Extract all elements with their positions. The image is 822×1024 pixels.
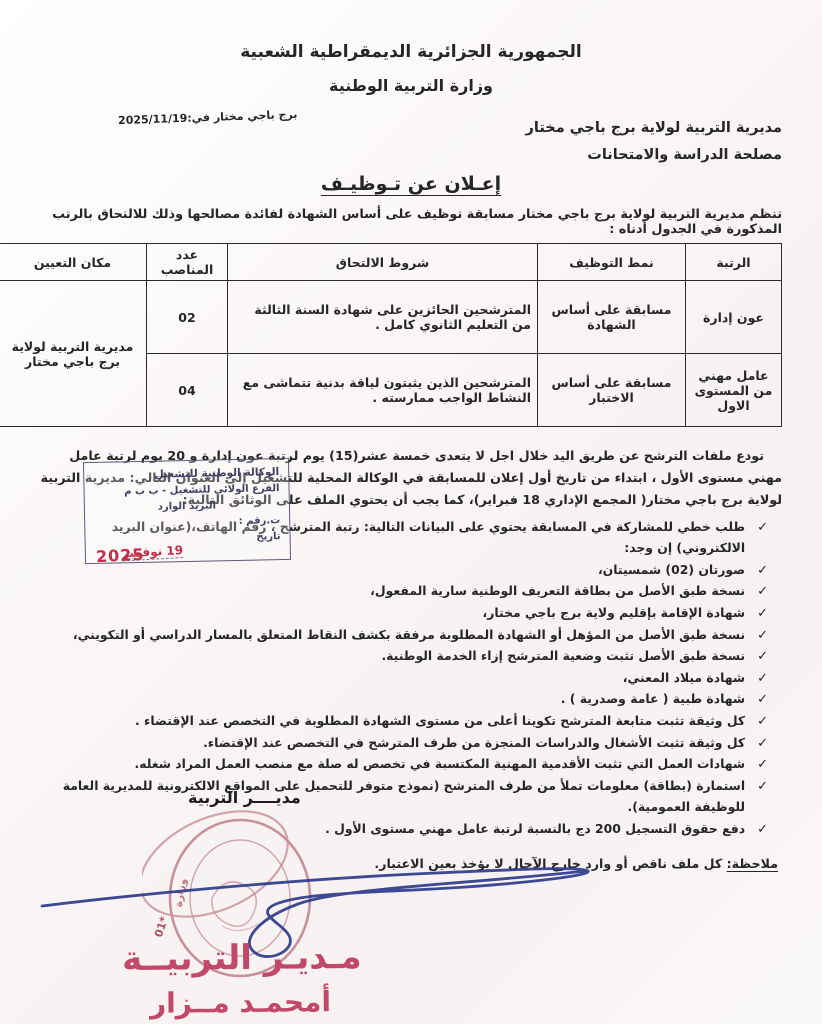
- list-item-text: نسخة طبق الأصل تثبت وضعية المترشح إزاء ا…: [381, 645, 745, 667]
- republic-heading: الجمهورية الجزائرية الديمقراطية الشعبية: [40, 42, 782, 62]
- check-icon: ✓: [757, 646, 768, 668]
- list-item: ✓شهادات العمل التي تثبت الأقدمية المهنية…: [40, 753, 782, 775]
- list-item-text: نسخة طبق الأصل من بطاقة التعريف الوطنية …: [370, 580, 745, 602]
- director-stamp-text: مـديـر التربيــة: [122, 937, 362, 979]
- list-item-text: شهادة الإقامة بإقليم ولاية برج باجي مختا…: [483, 602, 746, 624]
- list-item: ✓شهادة طبية ( عامة وصدرية ) .: [40, 688, 782, 710]
- header-conditions: شروط الالتحاق: [228, 244, 538, 281]
- table-header-row: الرتبة نمط التوظيف شروط الالتحاق عدد الم…: [0, 244, 782, 281]
- agency-year-stamp: 2025: [96, 545, 145, 567]
- list-item-text: دفع حقوق التسجيل 200 دج بالنسبة لرتبة عا…: [325, 818, 745, 840]
- check-icon: ✓: [757, 754, 768, 776]
- document-body: الجمهورية الجزائرية الديمقراطية الشعبية …: [0, 0, 822, 871]
- list-item-text: كل وثيقة تثبت متابعة المترشح تكوينا أعلى…: [135, 710, 745, 732]
- recruitment-table: الرتبة نمط التوظيف شروط الالتحاق عدد الم…: [0, 243, 782, 427]
- list-item-text: شهادة طبية ( عامة وصدرية ) .: [561, 688, 745, 710]
- list-item: ✓كل وثيقة تثبت متابعة المترشح تكوينا أعل…: [40, 710, 782, 732]
- check-icon: ✓: [757, 581, 768, 603]
- document-title: إعـلان عن تـوظيـف: [40, 173, 782, 195]
- director-name-stamp: أمحمـد مــزار: [150, 985, 331, 1020]
- header-rank: الرتبة: [686, 244, 782, 281]
- cell-mode-1: مسابقة على أساس الشهادة: [538, 281, 686, 354]
- check-icon: ✓: [757, 776, 768, 798]
- check-icon: ✓: [757, 517, 768, 539]
- cell-rank-1: عون إدارة: [686, 281, 782, 354]
- ministry-heading: وزارة التربية الوطنية: [40, 76, 782, 95]
- list-item-text: نسخة طبق الأصل من المؤهل أو الشهادة المط…: [73, 624, 745, 646]
- cell-conditions-2: المترشحين الذين يثبتون لياقة بدنية تتماش…: [228, 354, 538, 427]
- check-icon: ✓: [757, 733, 768, 755]
- cell-posts-1: 02: [147, 281, 228, 354]
- check-icon: ✓: [757, 819, 768, 841]
- cell-rank-2: عامل مهني من المستوى الاول: [686, 354, 782, 427]
- list-item: ✓شهادة ميلاد المعني،: [40, 667, 782, 689]
- list-item: ✓نسخة طبق الأصل تثبت وضعية المترشح إزاء …: [40, 645, 782, 667]
- cell-conditions-1: المترشحين الحائزين على شهادة السنة الثال…: [228, 281, 538, 354]
- check-icon: ✓: [757, 711, 768, 733]
- header-posts: عدد المناصب: [147, 244, 228, 281]
- check-icon: ✓: [757, 625, 768, 647]
- list-item-text: شهادة ميلاد المعني،: [623, 667, 745, 689]
- cell-posts-2: 04: [147, 354, 228, 427]
- table-row: عون إدارة مسابقة على أساس الشهادة المترش…: [0, 281, 782, 354]
- list-item: ✓نسخة طبق الأصل من المؤهل أو الشهادة الم…: [40, 624, 782, 646]
- check-icon: ✓: [757, 560, 768, 582]
- list-item: ✓شهادة الإقامة بإقليم ولاية برج باجي مخت…: [40, 602, 782, 624]
- list-item-text: كل وثيقة تثبت الأشغال والدراسات المنجزة …: [203, 732, 745, 754]
- cell-location-merged: مديرية التربية لولاية برج باجي مختار: [0, 281, 147, 427]
- header-mode: نمط التوظيف: [538, 244, 686, 281]
- header-location: مكان التعيين: [0, 244, 147, 281]
- scanned-document-page: الجمهورية الجزائرية الديمقراطية الشعبية …: [0, 0, 822, 1024]
- service-line: مصلحة الدراسة والامتحانات: [40, 142, 782, 169]
- note-label: ملاحظة:: [727, 856, 778, 871]
- list-item-text: صورتان (02) شمسيتان،: [598, 559, 745, 581]
- director-typed-title: مديــــر التربية: [188, 788, 301, 807]
- intro-paragraph: تنظم مديرية التربية لولاية برج باجي مختا…: [40, 207, 782, 237]
- list-item-text: شهادات العمل التي تثبت الأقدمية المهنية …: [135, 753, 746, 775]
- check-icon: ✓: [757, 689, 768, 711]
- subheader-row: مديرية التربية لولاية برج باجي مختار مصل…: [40, 115, 782, 167]
- cell-mode-2: مسابقة على أساس الاختبار: [538, 354, 686, 427]
- check-icon: ✓: [757, 668, 768, 690]
- list-item: ✓كل وثيقة تثبت الأشغال والدراسات المنجزة…: [40, 732, 782, 754]
- required-documents-list: ✓طلب خطي للمشاركة في المسابقة يحتوي على …: [40, 516, 782, 840]
- list-item: ✓نسخة طبق الأصل من بطاقة التعريف الوطنية…: [40, 580, 782, 602]
- check-icon: ✓: [757, 603, 768, 625]
